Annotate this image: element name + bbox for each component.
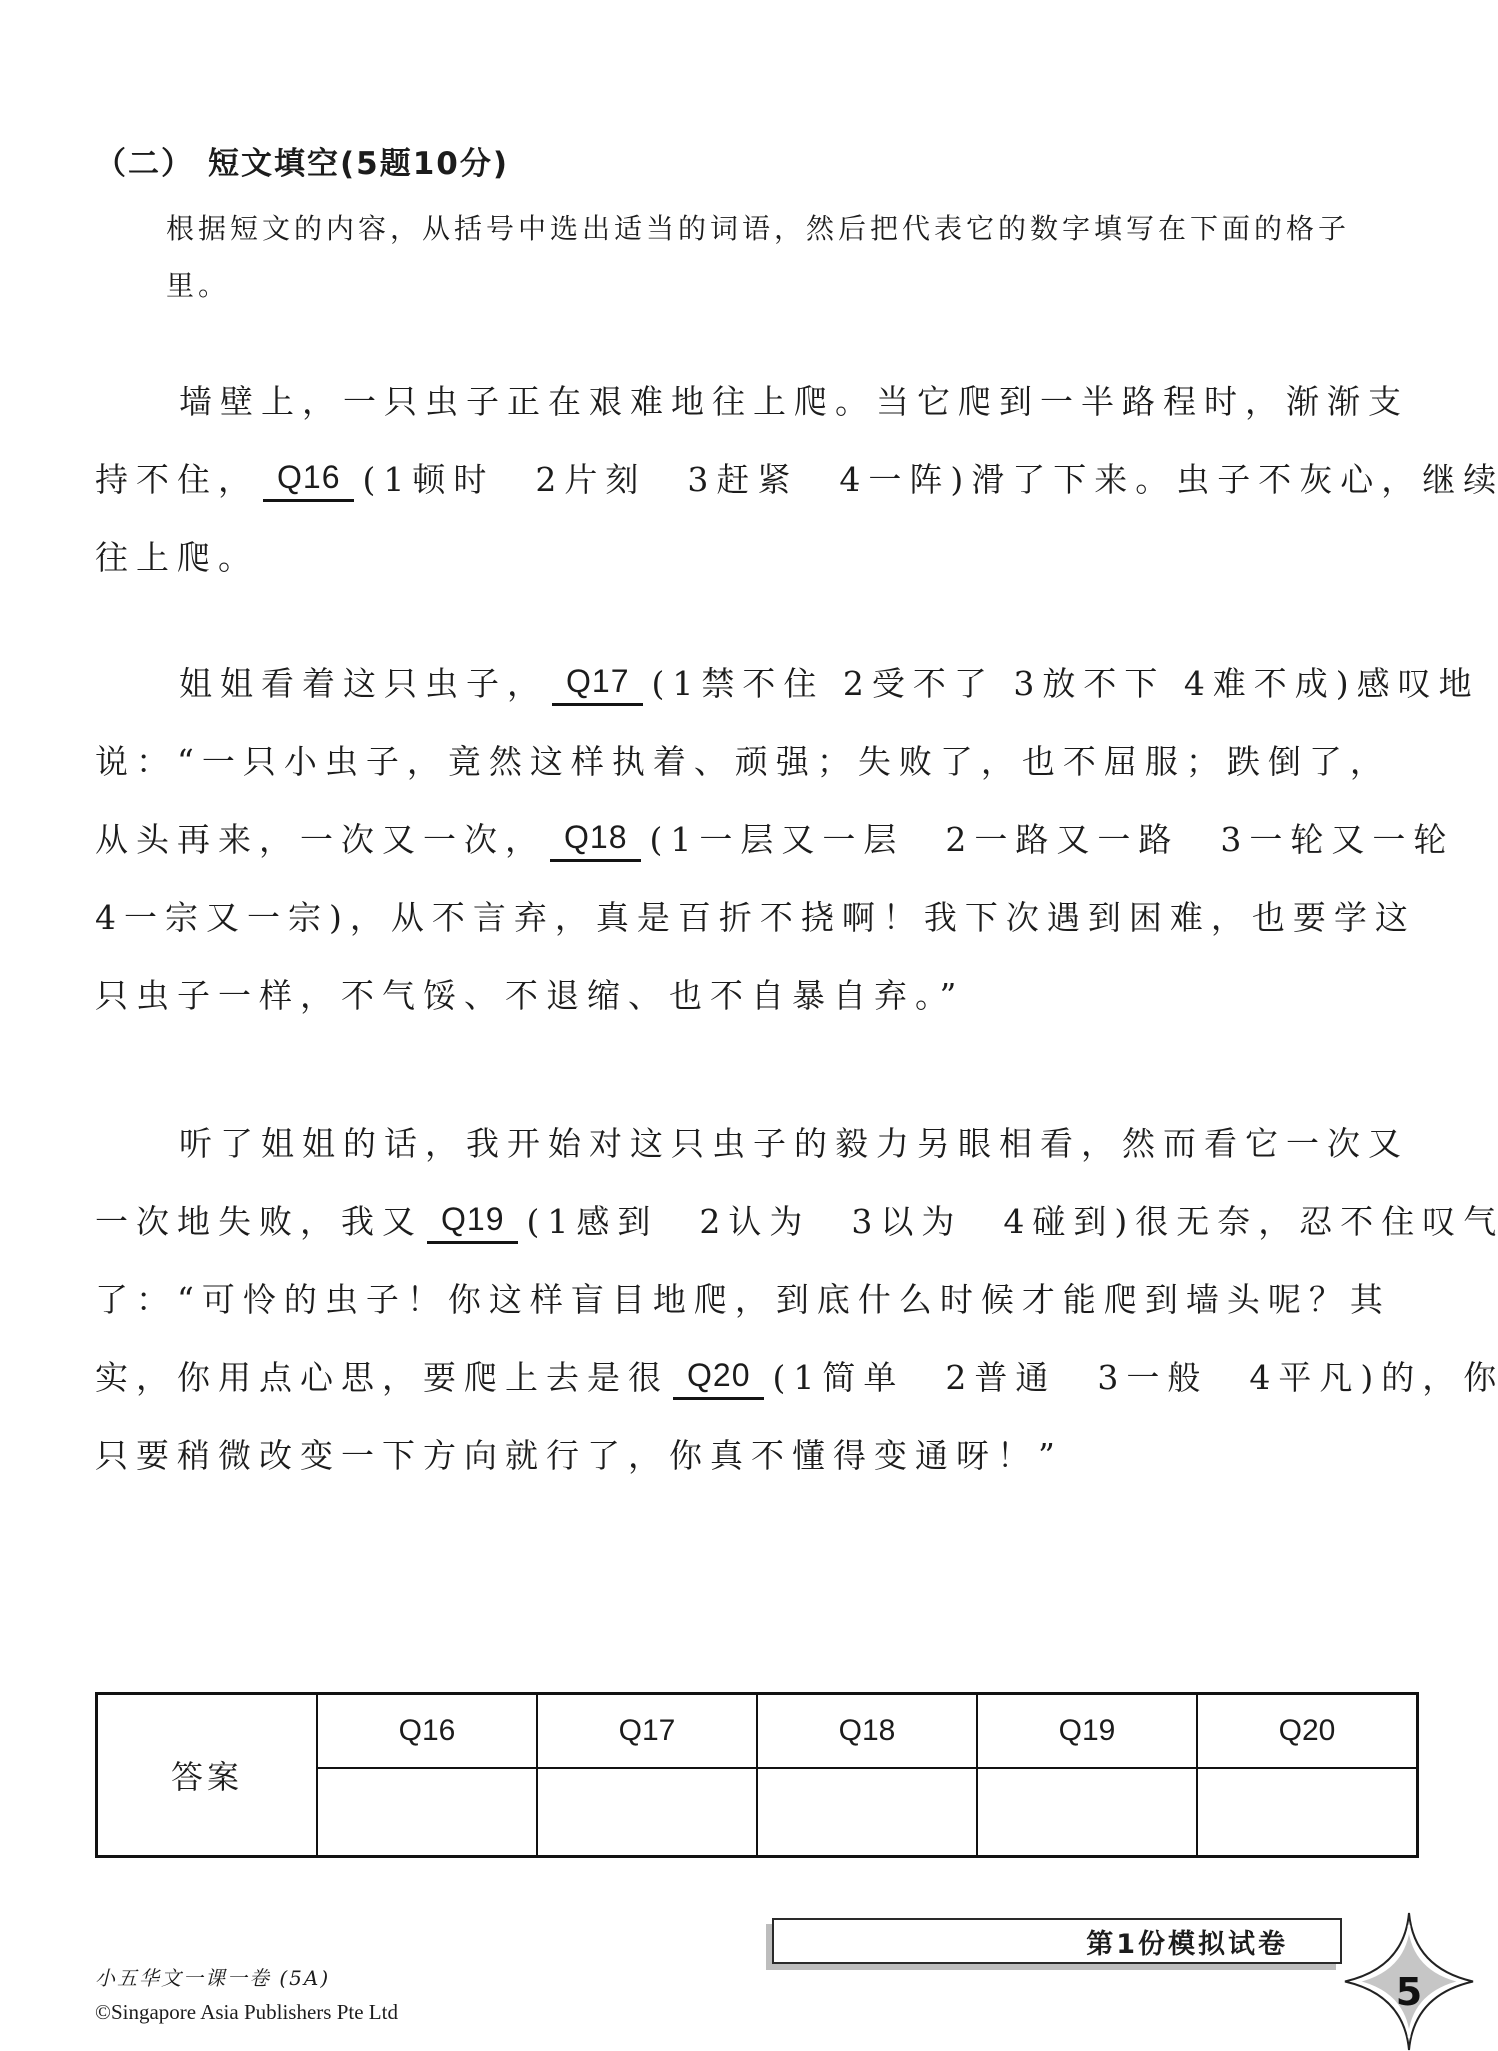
- answer-table-wrap: 答案 Q16Q17Q18Q19Q20: [95, 1692, 1419, 1858]
- passage-line: 实，你用点心思，要爬上去是很Q20(1简单 2普通 3一般 4平凡)的，你: [95, 1336, 1407, 1414]
- passage-line: 姐姐看着这只虫子，Q17(1禁不住 2受不了 3放不下 4难不成)感叹地: [95, 642, 1407, 720]
- answer-table: 答案 Q16Q17Q18Q19Q20: [95, 1692, 1419, 1858]
- answer-input-cell[interactable]: [1197, 1768, 1418, 1857]
- section-title: （二）短文填空(5题10分): [95, 138, 509, 183]
- passage-text: (1简单 2普通 3一般 4平凡)的，你: [772, 1352, 1498, 1399]
- question-blank: Q19: [427, 1195, 518, 1244]
- answer-column-header: Q17: [537, 1694, 757, 1769]
- passage-text: 只要稍微改变一下方向就行了，你真不懂得变通呀！”: [95, 1430, 1063, 1477]
- passage-text: 4一宗又一宗)，从不言弃，真是百折不挠啊！我下次遇到困难，也要学这: [95, 892, 1416, 939]
- passage-text: (1一层又一层 2一路又一路 3一轮又一轮: [649, 814, 1454, 861]
- passage-text: (1禁不住 2受不了 3放不下 4难不成)感叹地: [651, 658, 1479, 705]
- page-number: 5: [1342, 1970, 1476, 2014]
- passage-line: 一次地失败，我又Q19(1感到 2认为 3以为 4碰到)很无奈，忍不住叹气: [95, 1180, 1407, 1258]
- answer-column-header: Q20: [1197, 1694, 1418, 1769]
- passage-line: 说：“一只小虫子，竟然这样执着、顽强；失败了，也不屈服；跌倒了，: [95, 720, 1407, 798]
- answer-input-cell[interactable]: [977, 1768, 1197, 1857]
- passage-line: 持不住，Q16(1顿时 2片刻 3赶紧 4一阵)滑了下来。虫子不灰心，继续: [95, 438, 1407, 516]
- passage-text: (1顿时 2片刻 3赶紧 4一阵)滑了下来。虫子不灰心，继续: [362, 454, 1498, 501]
- footer-series-title: 小五华文一课一卷 (5A): [95, 1962, 330, 1991]
- section-number: （二）: [95, 146, 194, 182]
- passage-text: 从头再来，一次又一次，: [95, 814, 546, 861]
- passage-line: 听了姐姐的话，我开始对这只虫子的毅力另眼相看，然而看它一次又: [95, 1102, 1407, 1180]
- passage-line: 只要稍微改变一下方向就行了，你真不懂得变通呀！”: [95, 1414, 1407, 1492]
- passage-line: 4一宗又一宗)，从不言弃，真是百折不挠啊！我下次遇到困难，也要学这: [95, 876, 1407, 954]
- answer-column-header: Q19: [977, 1694, 1197, 1769]
- passage-line: 了：“可怜的虫子！你这样盲目地爬，到底什么时候才能爬到墙头呢？其: [95, 1258, 1407, 1336]
- question-blank: Q20: [673, 1351, 764, 1400]
- passage: 墙壁上，一只虫子正在艰难地往上爬。当它爬到一半路程时，渐渐支持不住，Q16(1顿…: [95, 360, 1407, 1492]
- answer-column-header: Q18: [757, 1694, 977, 1769]
- instructions: 根据短文的内容，从括号中选出适当的词语，然后把代表它的数字填写在下面的格子 里。: [166, 200, 1416, 314]
- passage-line: 墙壁上，一只虫子正在艰难地往上爬。当它爬到一半路程时，渐渐支: [95, 360, 1407, 438]
- passage-line: 往上爬。: [95, 516, 1407, 594]
- passage-text: 实，你用点心思，要爬上去是很: [95, 1352, 669, 1399]
- passage-text: 墙壁上，一只虫子正在艰难地往上爬。当它爬到一半路程时，渐渐支: [179, 376, 1409, 423]
- answer-input-cell[interactable]: [317, 1768, 537, 1857]
- answer-row-label: 答案: [97, 1694, 318, 1857]
- answer-input-cell[interactable]: [757, 1768, 977, 1857]
- page-number-star: 5: [1342, 1912, 1476, 2051]
- paper-label: 第1份模拟试卷: [1086, 1922, 1288, 1961]
- passage-text: 只虫子一样，不气馁、不退缩、也不自暴自弃。”: [95, 970, 964, 1017]
- instructions-line: 里。: [166, 257, 1416, 314]
- question-blank: Q16: [263, 453, 354, 502]
- answer-column-header: Q16: [317, 1694, 537, 1769]
- exam-page: （二）短文填空(5题10分) 根据短文的内容，从括号中选出适当的词语，然后把代表…: [0, 0, 1498, 2051]
- passage-text: (1感到 2认为 3以为 4碰到)很无奈，忍不住叹气: [526, 1196, 1498, 1243]
- passage-text: 说：“一只小虫子，竟然这样执着、顽强；失败了，也不屈服；跌倒了，: [95, 736, 1391, 783]
- passage-line: 从头再来，一次又一次，Q18(1一层又一层 2一路又一路 3一轮又一轮: [95, 798, 1407, 876]
- footer-copyright: ©Singapore Asia Publishers Pte Ltd: [95, 2000, 398, 2025]
- passage-text: 往上爬。: [95, 532, 259, 579]
- passage-text: 一次地失败，我又: [95, 1196, 423, 1243]
- passage-text: 了：“可怜的虫子！你这样盲目地爬，到底什么时候才能爬到墙头呢？其: [95, 1274, 1391, 1321]
- section-title-text: 短文填空(5题10分): [208, 146, 509, 182]
- answer-table-header-row: 答案 Q16Q17Q18Q19Q20: [97, 1694, 1418, 1769]
- answer-input-cell[interactable]: [537, 1768, 757, 1857]
- passage-text: 姐姐看着这只虫子，: [179, 658, 548, 705]
- passage-line: 只虫子一样，不气馁、不退缩、也不自暴自弃。”: [95, 954, 1407, 1032]
- paper-label-box: 第1份模拟试卷: [772, 1918, 1342, 1964]
- passage-text: 持不住，: [95, 454, 259, 501]
- instructions-line: 根据短文的内容，从括号中选出适当的词语，然后把代表它的数字填写在下面的格子: [166, 200, 1416, 257]
- question-blank: Q17: [552, 657, 643, 706]
- passage-text: 听了姐姐的话，我开始对这只虫子的毅力另眼相看，然而看它一次又: [179, 1118, 1409, 1165]
- question-blank: Q18: [550, 813, 641, 862]
